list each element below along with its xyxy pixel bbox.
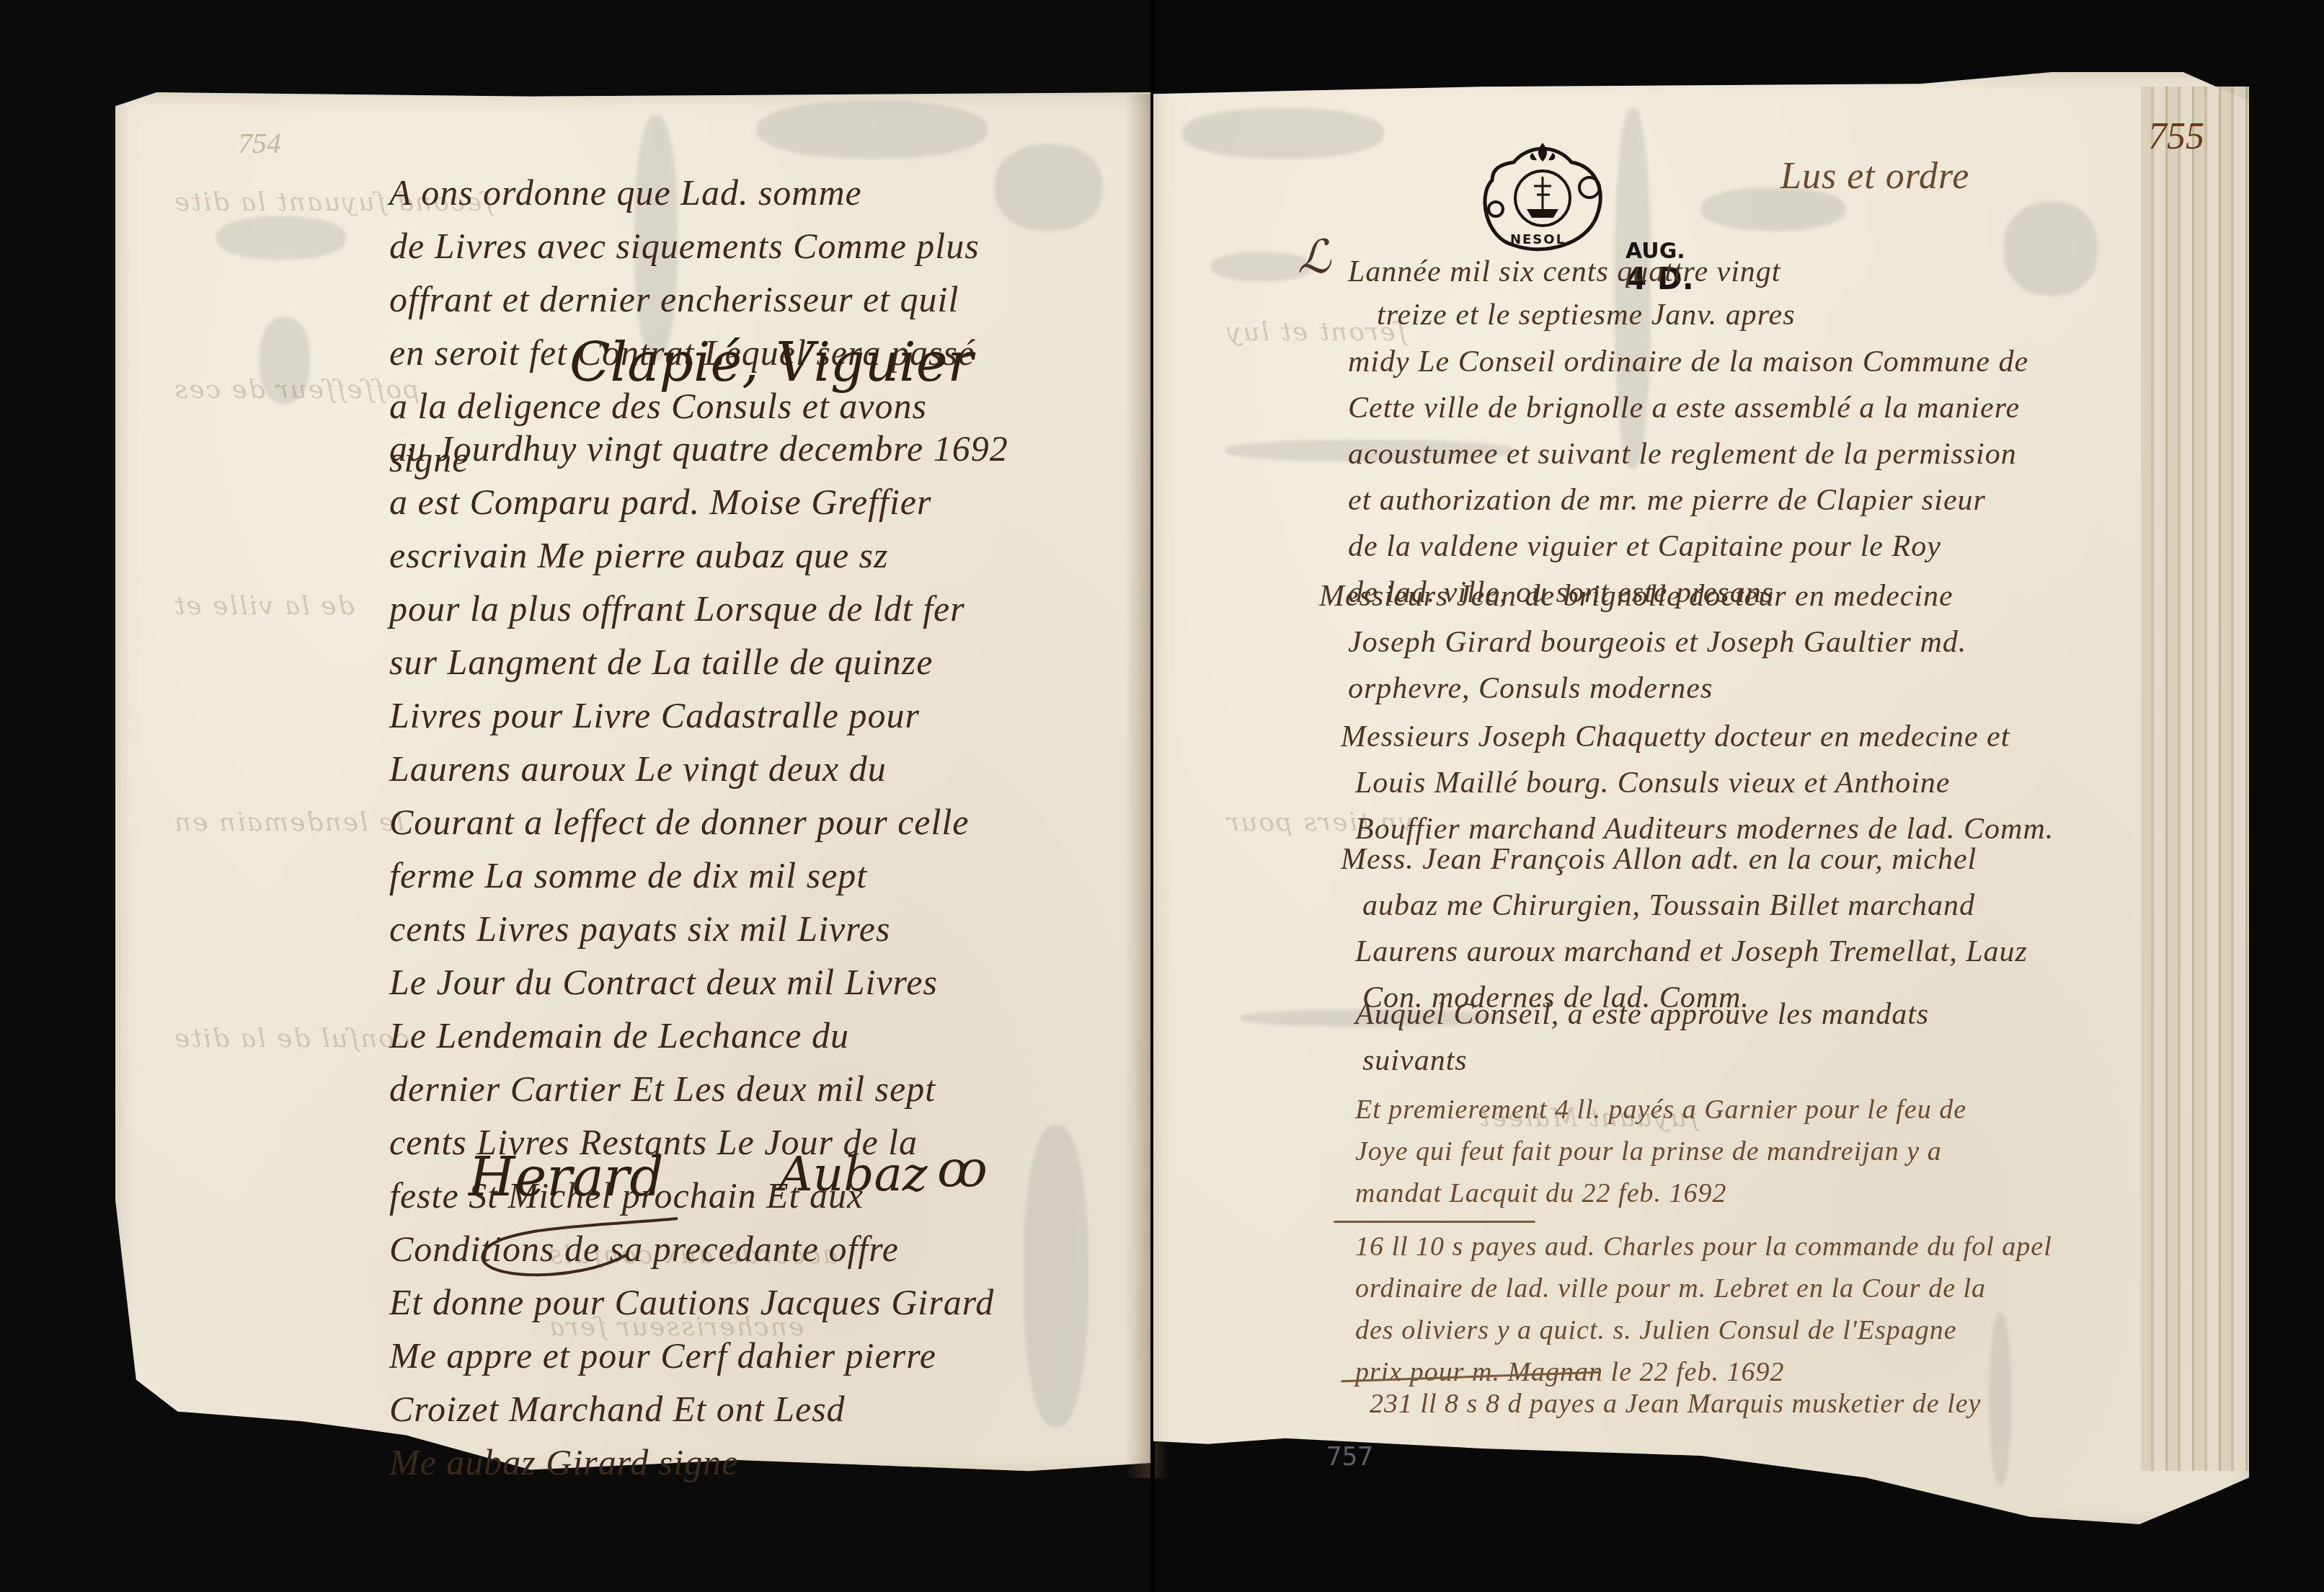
text-line: et authorization de mr. me pierre de Cla… [1348, 477, 2028, 523]
opening-line-2: treize et le septiesme Janv. apres [1377, 292, 1796, 338]
text-line: ferme La somme de dix mil sept [389, 849, 1008, 902]
text-line: ordinaire de lad. ville pour m. Lebret e… [1355, 1268, 2052, 1309]
faint-folio-number: 754 [238, 126, 281, 160]
text-line: A ons ordonne que Lad. somme [389, 166, 980, 219]
signature-herard: Herard [469, 1146, 664, 1208]
text-line: des oliviers y a quict. s. Julien Consul… [1355, 1309, 2052, 1351]
text-line: Cette ville de brignolle a este assemblé… [1348, 385, 2028, 431]
text-line: Auquel Conseil, a este approuve les mand… [1355, 991, 1929, 1038]
text-line: Louis Maillé bourg. Consuls vieux et Ant… [1341, 760, 2054, 806]
text-line: offrant et dernier encherisseur et quil [389, 273, 980, 326]
signature-aubaz: Aubaz [779, 1146, 928, 1202]
text-line: Laurens auroux Le vingt deux du [389, 742, 1008, 795]
text-line: de la valdene viguier et Capitaine pour … [1348, 523, 2028, 570]
text-line: escrivain Me pierre aubaz que sz [389, 529, 1008, 582]
pencil-folio-number: 757 [1326, 1442, 1373, 1472]
text-line: Courant a leffect de donner pour celle [389, 795, 1008, 849]
text-line: midy Le Conseil ordinaire de la maison C… [1348, 339, 2028, 385]
text-line: Le Lendemain de Lechance du [389, 1009, 1008, 1062]
signature-paraph: ꝏ [937, 1139, 988, 1198]
left-paragraph-2: au Jourdhuy vingt quatre decembre 1692 a… [389, 422, 1008, 1489]
water-stain [2004, 202, 2098, 296]
text-line: au Jourdhuy vingt quatre decembre 1692 [389, 422, 1008, 475]
folio-number: 755 [2148, 115, 2204, 158]
text-line: Croizet Marchand Et ont Lesd [389, 1382, 1008, 1436]
text-line: a est Comparu pard. Moise Greffier [389, 475, 1008, 529]
water-stain [1024, 1125, 1088, 1428]
text-line: Laurens auroux marchand et Joseph Tremel… [1341, 929, 2028, 975]
text-line: de Livres avec siquements Comme plus [389, 219, 980, 273]
stamp-motto: NESOL [1510, 232, 1566, 247]
present-group-1: Messieurs Jean de brignolle docteur en m… [1319, 573, 1966, 712]
text-line: Le Jour du Contract deux mil Livres [389, 955, 1008, 1009]
text-line: 231 ll 8 s 8 d payes a Jean Marquis musk… [1370, 1383, 1981, 1425]
water-stain [1182, 108, 1384, 159]
text-line: Mess. Jean François Allon adt. en la cou… [1341, 836, 2028, 883]
mandate-2: 16 ll 10 s payes aud. Charles pour la co… [1355, 1226, 2052, 1393]
text-line: sur Langment de La taille de quinze [389, 635, 1008, 689]
stacked-page-edges [2141, 87, 2249, 1471]
signature-flourish [461, 1211, 721, 1291]
water-stain [995, 144, 1103, 231]
text-line: cents Livres payats six mil Livres [389, 902, 1008, 955]
text-line: Joseph Girard bourgeois et Joseph Gaulti… [1319, 619, 1966, 665]
water-stain [757, 101, 988, 159]
text-line: 16 ll 10 s payes aud. Charles pour la co… [1355, 1226, 2052, 1268]
water-stain [216, 216, 346, 260]
text-line: Et premierement 4 ll. payés a Garnier po… [1355, 1089, 1966, 1131]
water-stain [1211, 252, 1312, 281]
text-line: mandat Lacquit du 22 feb. 1692 [1355, 1172, 1966, 1214]
mandate-3: 231 ll 8 s 8 d payes a Jean Marquis musk… [1370, 1383, 1981, 1425]
text-line: orphevre, Consuls modernes [1319, 665, 1966, 712]
text-line: suivants [1355, 1038, 1929, 1084]
text-line: pour la plus offrant Lorsque de ldt fer [389, 582, 1008, 635]
page-heading: Lus et ordre [1780, 155, 1969, 198]
text-line: Me appre et pour Cerf dahier pierre [389, 1329, 1008, 1382]
text-line: dernier Cartier Et Les deux mil sept [389, 1062, 1008, 1115]
separator-rule [1334, 1221, 1535, 1223]
text-line: Messieurs Joseph Chaquetty docteur en me… [1341, 714, 2054, 760]
text-line: Joye qui feut fait pour la prinse de man… [1355, 1131, 1966, 1172]
opening-line-1: Lannée mil six cents quattre vingt [1348, 249, 1781, 295]
text-line: aubaz me Chirurgien, Toussain Billet mar… [1341, 883, 2028, 929]
text-line: Messieurs Jean de brignolle docteur en m… [1319, 573, 1966, 619]
text-line: Me aubaz Girard signe [389, 1436, 1008, 1489]
text-line: acoustumee et suivant le reglement de la… [1348, 431, 2028, 477]
opening-initial: ℒ [1298, 234, 1331, 280]
signature-clapie-viguier: Clapié, Viguier [569, 332, 973, 394]
mandate-1: Et premierement 4 ll. payés a Garnier po… [1355, 1089, 1966, 1214]
text-line: Livres pour Livre Cadastralle pour [389, 689, 1008, 742]
present-group-2: Messieurs Joseph Chaquetty docteur en me… [1341, 714, 2054, 852]
council-statement: Auquel Conseil, a este approuve les mand… [1355, 991, 1929, 1084]
